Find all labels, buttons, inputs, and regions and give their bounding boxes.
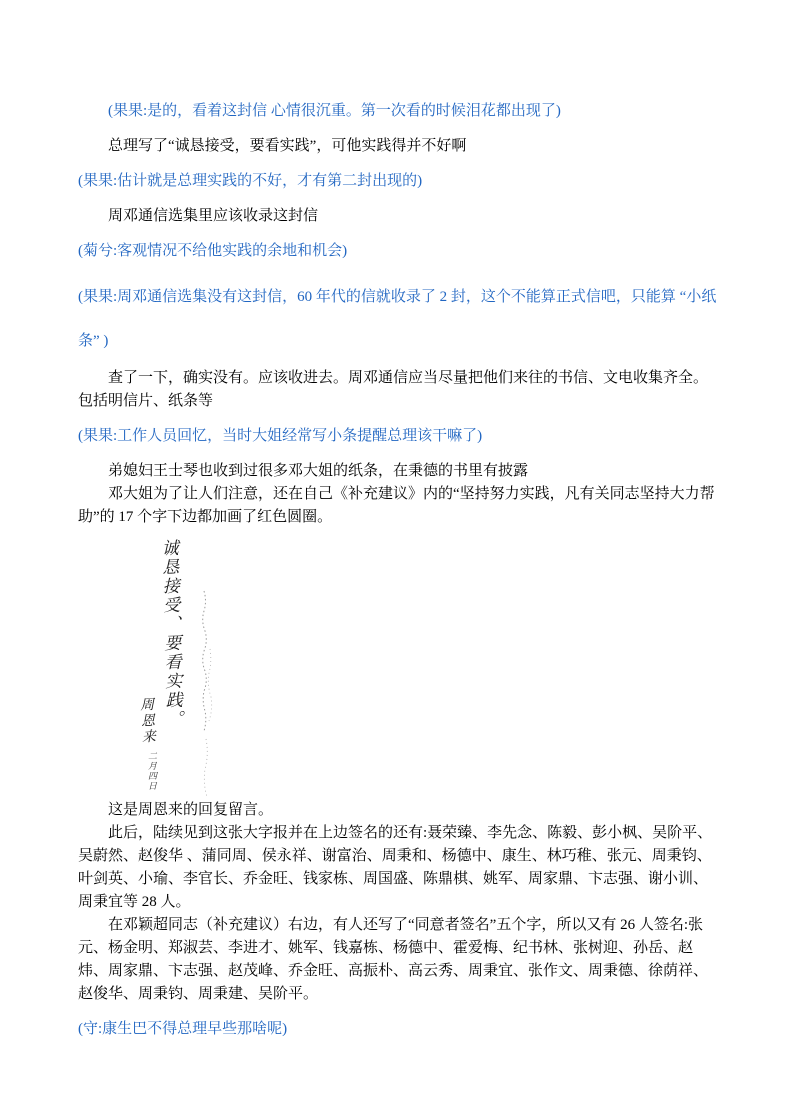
document-body: (果果:是的，看着这封信 心情很沉重。第一次看的时候泪花都出现了) 总理写了“诚…	[78, 100, 722, 1041]
comment-line: (守:康生巴不得总理早些那啥呢)	[78, 1018, 722, 1041]
comment-line: (果果:工作人员回忆，当时大姐经常写小条提醒总理该干嘛了)	[78, 425, 722, 448]
handwriting-date: 二月四日	[146, 751, 159, 791]
handwriting-signature: 周恩来	[135, 697, 157, 746]
handwriting-annotation-marks	[198, 589, 218, 799]
body-paragraph: 周邓通信选集里应该收录这封信	[78, 205, 722, 228]
body-paragraph: 查了一下，确实没有。应该收进去。周邓通信应当尽量把他们来往的书信、文电收集齐全。…	[78, 367, 722, 413]
comment-line: (菊兮:客观情况不给他实践的余地和机会)	[78, 240, 722, 263]
comment-line: (果果:估计就是总理实践的不好，才有第二封出现的)	[78, 170, 722, 193]
body-paragraph: 此后，陆续见到这张大字报并在上边签名的还有:聂荣臻、李先念、陈毅、彭小枫、吴阶平…	[78, 822, 722, 914]
body-paragraph: 总理写了“诚恳接受，要看实践”，可他实践得并不好啊	[78, 135, 722, 158]
body-paragraph: 在邓颖超同志（补充建议）右边，有人还写了“同意者签名”五个字，所以又有 26 人…	[78, 914, 722, 1006]
comment-line: (果果:周邓通信选集没有这封信，60 年代的信就收录了 2 封，这个不能算正式信…	[78, 275, 722, 363]
handwriting-main-text: 诚恳接受、要看实践。	[156, 539, 186, 730]
body-paragraph: 邓大姐为了让人们注意，还在自己《补充建议》内的“坚持努力实践，凡有关同志坚持大力…	[78, 483, 722, 529]
body-paragraph: 弟媳妇王士琴也收到过很多邓大姐的纸条，在秉德的书里有披露	[78, 460, 722, 483]
body-paragraph: 这是周恩来的回复留言。	[78, 799, 722, 822]
document-page: (果果:是的，看着这封信 心情很沉重。第一次看的时候泪花都出现了) 总理写了“诚…	[0, 0, 800, 1100]
handwriting-image: 诚恳接受、要看实践。 周恩来 二月四日	[106, 537, 326, 795]
comment-line: (果果:是的，看着这封信 心情很沉重。第一次看的时候泪花都出现了)	[78, 100, 722, 123]
